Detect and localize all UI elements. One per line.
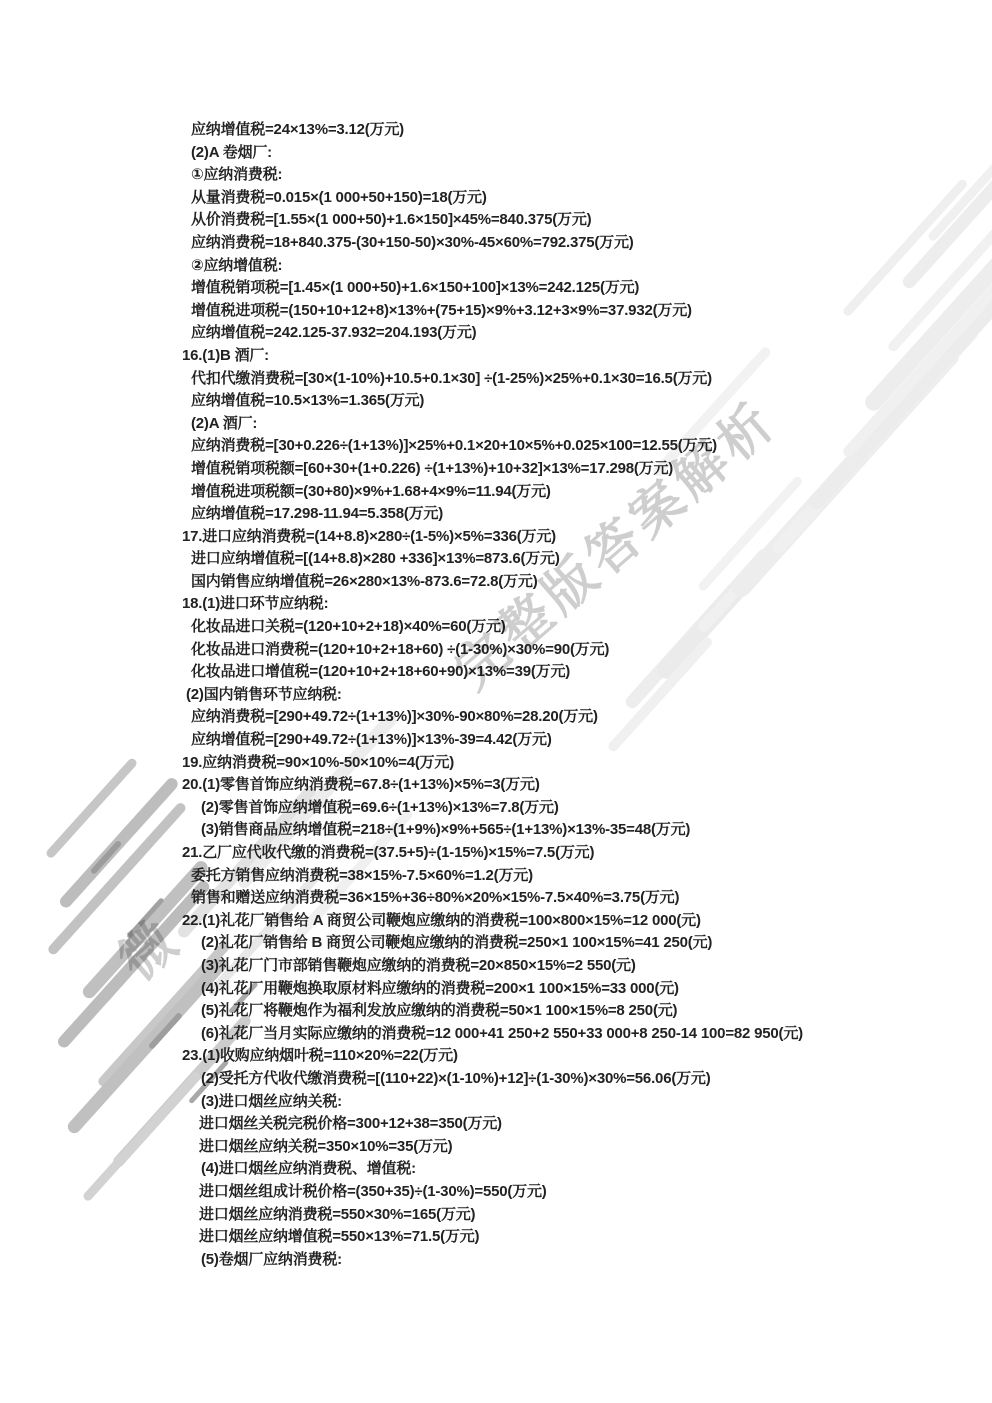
doc-line: 进口烟丝应纳关税=350×10%=35(万元) [0, 1136, 992, 1159]
doc-line: 应纳消费税=18+840.375-(30+150-50)×30%-45×60%=… [0, 232, 992, 255]
doc-line: 应纳增值税=10.5×13%=1.365(万元) [0, 390, 992, 413]
doc-line: 化妆品进口增值税=(120+10+2+18+60+90)×13%=39(万元) [0, 661, 992, 684]
doc-line: (5)礼花厂将鞭炮作为福利发放应缴纳的消费税=50×1 100×15%=8 25… [0, 1000, 992, 1023]
doc-line: (4)礼花厂用鞭炮换取原材料应缴纳的消费税=200×1 100×15%=33 0… [0, 978, 992, 1001]
doc-line: 应纳增值税=242.125-37.932=204.193(万元) [0, 322, 992, 345]
doc-line: 代扣代缴消费税=[30×(1-10%)+10.5+0.1×30] ÷(1-25%… [0, 368, 992, 391]
doc-line: (2)受托方代收代缴消费税=[(110+22)×(1-10%)+12]÷(1-3… [0, 1068, 992, 1091]
doc-line: ①应纳消费税: [0, 164, 992, 187]
doc-line: 23.(1)收购应纳烟叶税=110×20%=22(万元) [0, 1045, 992, 1068]
doc-line: 委托方销售应纳消费税=38×15%-7.5×60%=1.2(万元) [0, 865, 992, 888]
doc-line: 应纳增值税=17.298-11.94=5.358(万元) [0, 503, 992, 526]
doc-line: 进口烟丝应纳消费税=550×30%=165(万元) [0, 1204, 992, 1227]
doc-line: (2)礼花厂销售给 B 商贸公司鞭炮应缴纳的消费税=250×1 100×15%=… [0, 932, 992, 955]
doc-line: 进口烟丝关税完税价格=300+12+38=350(万元) [0, 1113, 992, 1136]
doc-line: (2)国内销售环节应纳税: [0, 684, 992, 707]
doc-line: ②应纳增值税: [0, 255, 992, 278]
doc-line: 18.(1)进口环节应纳税: [0, 593, 992, 616]
doc-line: 应纳增值税=24×13%=3.12(万元) [0, 119, 992, 142]
doc-line: (2)A 卷烟厂: [0, 142, 992, 165]
doc-line: 进口烟丝组成计税价格=(350+35)÷(1-30%)=550(万元) [0, 1181, 992, 1204]
doc-line: 17.进口应纳消费税=(14+8.8)×280÷(1-5%)×5%=336(万元… [0, 526, 992, 549]
doc-line: 国内销售应纳增值税=26×280×13%-873.6=72.8(万元) [0, 571, 992, 594]
doc-line: (3)销售商品应纳增值税=218÷(1+9%)×9%+565÷(1+13%)×1… [0, 819, 992, 842]
doc-line: 21.乙厂应代收代缴的消费税=(37.5+5)÷(1-15%)×15%=7.5(… [0, 842, 992, 865]
doc-line: 增值税进项税=(150+10+12+8)×13%+(75+15)×9%+3.12… [0, 300, 992, 323]
doc-line: (3)进口烟丝应纳关税: [0, 1091, 992, 1114]
doc-line: (3)礼花厂门市部销售鞭炮应缴纳的消费税=20×850×15%=2 550(元) [0, 955, 992, 978]
document-page: 完整版答案解析 微 应纳增值税=24×13%=3.12(万元) (2)A 卷烟厂… [0, 0, 992, 1403]
doc-line: 16.(1)B 酒厂: [0, 345, 992, 368]
doc-line: 22.(1)礼花厂销售给 A 商贸公司鞭炮应缴纳的消费税=100×800×15%… [0, 910, 992, 933]
doc-line: (4)进口烟丝应纳消费税、增值税: [0, 1158, 992, 1181]
doc-line: (2)A 酒厂: [0, 413, 992, 436]
doc-line: 化妆品进口关税=(120+10+2+18)×40%=60(万元) [0, 616, 992, 639]
doc-line: 从量消费税=0.015×(1 000+50+150)=18(万元) [0, 187, 992, 210]
doc-line: 应纳消费税=[30+0.226÷(1+13%)]×25%+0.1×20+10×5… [0, 435, 992, 458]
doc-line: 化妆品进口消费税=(120+10+2+18+60) ÷(1-30%)×30%=9… [0, 639, 992, 662]
doc-line: (6)礼花厂当月实际应缴纳的消费税=12 000+41 250+2 550+33… [0, 1023, 992, 1046]
doc-line: 增值税进项税额=(30+80)×9%+1.68+4×9%=11.94(万元) [0, 481, 992, 504]
doc-line: 增值税销项税=[1.45×(1 000+50)+1.6×150+100]×13%… [0, 277, 992, 300]
doc-line: (2)零售首饰应纳增值税=69.6÷(1+13%)×13%=7.8(万元) [0, 797, 992, 820]
doc-line: 进口烟丝应纳增值税=550×13%=71.5(万元) [0, 1226, 992, 1249]
doc-line: 销售和赠送应纳消费税=36×15%+36÷80%×20%×15%-7.5×40%… [0, 887, 992, 910]
doc-line: 应纳增值税=[290+49.72÷(1+13%)]×13%-39=4.42(万元… [0, 729, 992, 752]
doc-line: 应纳消费税=[290+49.72÷(1+13%)]×30%-90×80%=28.… [0, 706, 992, 729]
doc-line: 20.(1)零售首饰应纳消费税=67.8÷(1+13%)×5%=3(万元) [0, 774, 992, 797]
doc-line: 进口应纳增值税=[(14+8.8)×280 +336]×13%=873.6(万元… [0, 548, 992, 571]
doc-line: 19.应纳消费税=90×10%-50×10%=4(万元) [0, 752, 992, 775]
doc-line: 从价消费税=[1.55×(1 000+50)+1.6×150]×45%=840.… [0, 209, 992, 232]
doc-line: (5)卷烟厂应纳消费税: [0, 1249, 992, 1272]
doc-line: 增值税销项税额=[60+30+(1+0.226) ÷(1+13%)+10+32]… [0, 458, 992, 481]
document-body: 应纳增值税=24×13%=3.12(万元) (2)A 卷烟厂: ①应纳消费税: … [0, 119, 992, 1271]
